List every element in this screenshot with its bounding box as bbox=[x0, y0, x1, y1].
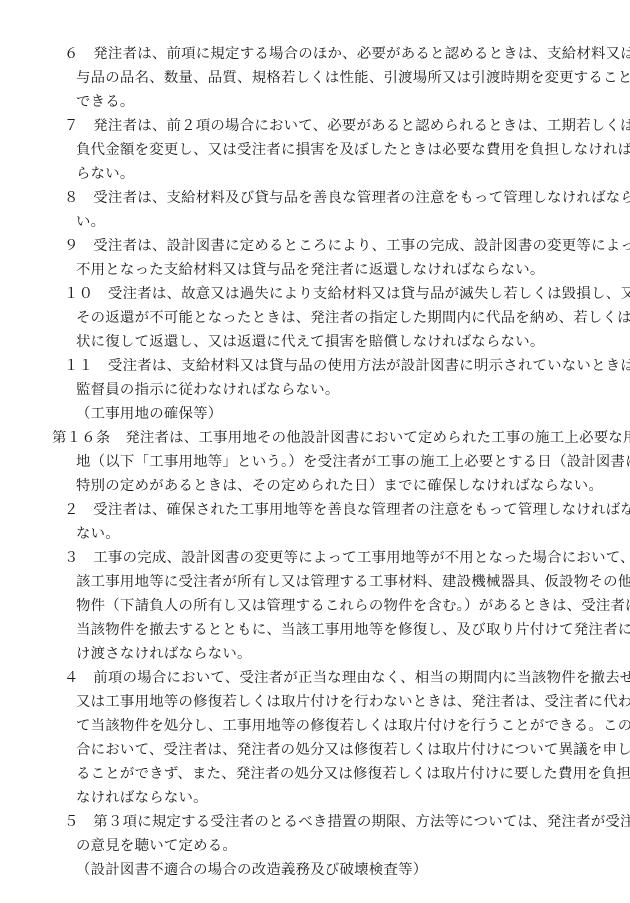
clause-continuation-line: 不用となった支給材料又は貸与品を発注者に返還しなければならない。 bbox=[76, 258, 545, 282]
clause-continuation-line: 監督員の指示に従わなければならない。 bbox=[76, 378, 340, 402]
clause-continuation-line: の意見を聴いて定める。 bbox=[76, 834, 237, 858]
clause-continuation-line: け渡さなければならない。 bbox=[76, 642, 252, 666]
clause-continuation-line: 与品の品名、数量、品質、規格若しくは性能、引渡場所又は引渡時期を変更することが bbox=[76, 66, 630, 90]
clause-item-line: ４ 前項の場合において、受注者が正当な理由なく、相当の期間内に当該物件を撤去せず… bbox=[64, 666, 630, 690]
clause-item-line: ９ 受注者は、設計図書に定めるところにより、工事の完成、設計図書の変更等によって bbox=[64, 234, 630, 258]
clause-item-line: ２ 受注者は、確保された工事用地等を善良な管理者の注意をもって管理しなければなら bbox=[64, 498, 630, 522]
clause-continuation-line: 該工事用地等に受注者が所有し又は管理する工事材料、建設機械器具、仮設物その他の bbox=[76, 570, 630, 594]
clause-continuation-line: て当該物件を処分し、工事用地等の修復若しくは取片付けを行うことができる。この場 bbox=[76, 714, 630, 738]
clause-item-line: ６ 発注者は、前項に規定する場合のほか、必要があると認めるときは、支給材料又は貸 bbox=[64, 42, 630, 66]
article-heading: （設計図書不適合の場合の改造義務及び破壊検査等） bbox=[76, 858, 427, 882]
article-title-line: 第１６条 発注者は、工事用地その他設計図書において定められた工事の施工上必要な用 bbox=[52, 426, 630, 450]
document-page: ６ 発注者は、前項に規定する場合のほか、必要があると認めるときは、支給材料又は貸… bbox=[0, 0, 630, 903]
clause-item-line: ３ 工事の完成、設計図書の変更等によって工事用地等が不用となった場合において、当 bbox=[64, 546, 630, 570]
clause-continuation-line: その返還が不可能となったときは、発注者の指定した期間内に代品を納め、若しくは原 bbox=[76, 306, 630, 330]
clause-continuation-line: い。 bbox=[76, 210, 105, 234]
clause-continuation-line: なければならない。 bbox=[76, 786, 208, 810]
clause-continuation-line: ない。 bbox=[76, 522, 120, 546]
clause-item-line: ５ 第３項に規定する受注者のとるべき措置の期限、方法等については、発注者が受注者 bbox=[64, 810, 630, 834]
clause-continuation-line: らない。 bbox=[76, 162, 135, 186]
clause-continuation-line: 物件（下請負人の所有し又は管理するこれらの物件を含む。）があるときは、受注者は、 bbox=[76, 594, 630, 618]
clause-continuation-line: 負代金額を変更し、又は受注者に損害を及ぼしたときは必要な費用を負担しなければな bbox=[76, 138, 630, 162]
clause-continuation-line: 当該物件を撤去するとともに、当該工事用地等を修復し、及び取り片付けて発注者に明 bbox=[76, 618, 630, 642]
clause-continuation-line: 状に復して返還し、又は返還に代えて損害を賠償しなければならない。 bbox=[76, 330, 545, 354]
clause-continuation-line: 合において、受注者は、発注者の処分又は修復若しくは取片付けについて異議を申し出 bbox=[76, 738, 630, 762]
clause-continuation-line: ることができず、また、発注者の処分又は修復若しくは取片付けに要した費用を負担し bbox=[76, 762, 630, 786]
article-heading: （工事用地の確保等） bbox=[76, 402, 222, 426]
clause-continuation-line: 地（以下「工事用地等」という。）を受注者が工事の施工上必要とする日（設計図書に bbox=[76, 450, 630, 474]
clause-continuation-line: できる。 bbox=[76, 90, 135, 114]
clause-continuation-line: 特別の定めがあるときは、その定められた日）までに確保しなければならない。 bbox=[76, 474, 603, 498]
clause-item-line: ８ 受注者は、支給材料及び貸与品を善良な管理者の注意をもって管理しなければならな bbox=[64, 186, 630, 210]
clause-item-line: １１ 受注者は、支給材料又は貸与品の使用方法が設計図書に明示されていないときは、 bbox=[64, 354, 630, 378]
clause-continuation-line: 又は工事用地等の修復若しくは取片付けを行わないときは、発注者は、受注者に代わっ bbox=[76, 690, 630, 714]
clause-item-line: １０ 受注者は、故意又は過失により支給材料又は貸与品が滅失し若しくは毀損し、又は bbox=[64, 282, 630, 306]
clause-item-line: ７ 発注者は、前２項の場合において、必要があると認められるときは、工期若しくは請 bbox=[64, 114, 630, 138]
